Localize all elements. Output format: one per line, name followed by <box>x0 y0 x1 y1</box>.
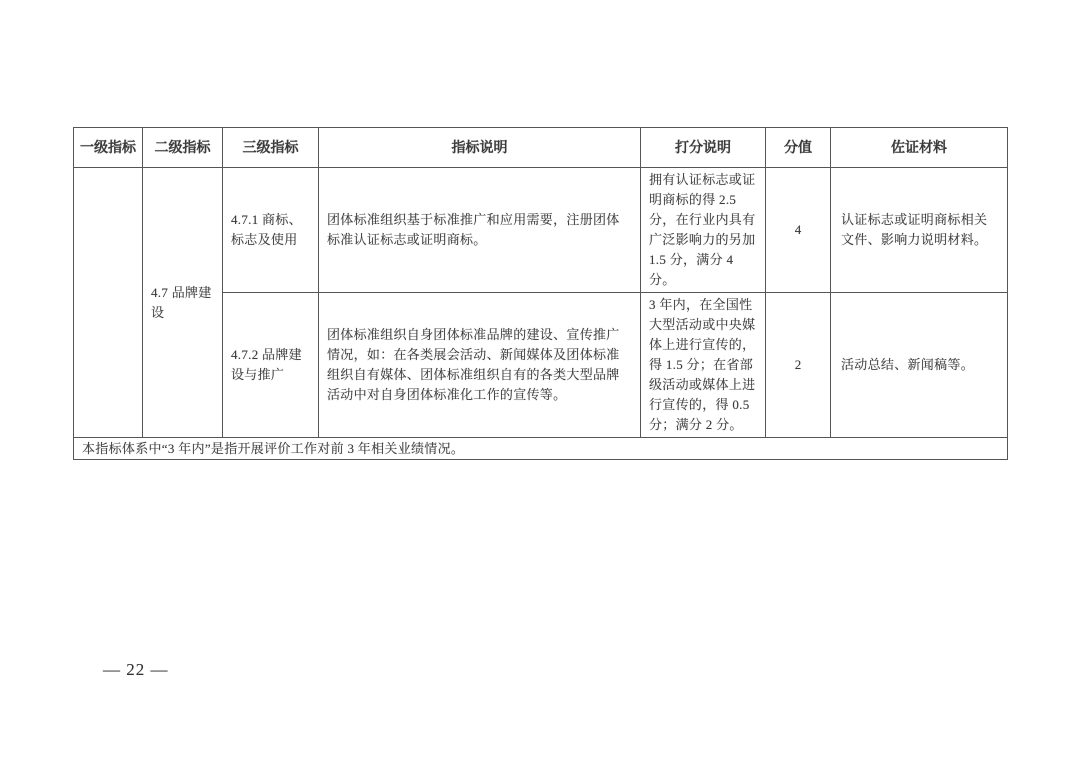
cell-evidence-472: 活动总结、新闻稿等。 <box>831 293 1008 438</box>
indicator-table: 一级指标 二级指标 三级指标 指标说明 打分说明 分值 佐证材料 4.7 品牌建… <box>73 127 1008 460</box>
header-level2-indicator: 二级指标 <box>143 128 223 168</box>
cell-description-471: 团体标准组织基于标准推广和应用需要，注册团体标准认证标志或证明商标。 <box>319 168 641 293</box>
cell-score-472: 2 <box>766 293 831 438</box>
table-footnote: 本指标体系中“3 年内”是指开展评价工作对前 3 年相关业绩情况。 <box>74 438 1008 460</box>
cell-score-471: 4 <box>766 168 831 293</box>
header-scoring: 打分说明 <box>641 128 766 168</box>
header-level3-indicator: 三级指标 <box>223 128 319 168</box>
header-level1-indicator: 一级指标 <box>74 128 143 168</box>
table-header-row: 一级指标 二级指标 三级指标 指标说明 打分说明 分值 佐证材料 <box>74 128 1008 168</box>
table-row-471: 4.7 品牌建设 4.7.1 商标、标志及使用 团体标准组织基于标准推广和应用需… <box>74 168 1008 293</box>
header-evidence: 佐证材料 <box>831 128 1008 168</box>
header-score: 分值 <box>766 128 831 168</box>
document-page: 一级指标 二级指标 三级指标 指标说明 打分说明 分值 佐证材料 4.7 品牌建… <box>0 0 1080 764</box>
cell-level3-471: 4.7.1 商标、标志及使用 <box>223 168 319 293</box>
cell-level2-brand-building: 4.7 品牌建设 <box>143 168 223 438</box>
table-footnote-row: 本指标体系中“3 年内”是指开展评价工作对前 3 年相关业绩情况。 <box>74 438 1008 460</box>
header-description: 指标说明 <box>319 128 641 168</box>
cell-scoring-471: 拥有认证标志或证明商标的得 2.5 分，在行业内具有广泛影响力的另加 1.5 分… <box>641 168 766 293</box>
cell-level3-472: 4.7.2 品牌建设与推广 <box>223 293 319 438</box>
cell-scoring-472: 3 年内，在全国性大型活动或中央媒体上进行宣传的，得 1.5 分；在省部级活动或… <box>641 293 766 438</box>
cell-description-472: 团体标准组织自身团体标准品牌的建设、宣传推广情况，如：在各类展会活动、新闻媒体及… <box>319 293 641 438</box>
cell-evidence-471: 认证标志或证明商标相关文件、影响力说明材料。 <box>831 168 1008 293</box>
page-number: — 22 — <box>103 660 169 680</box>
cell-level1-empty <box>74 168 143 438</box>
